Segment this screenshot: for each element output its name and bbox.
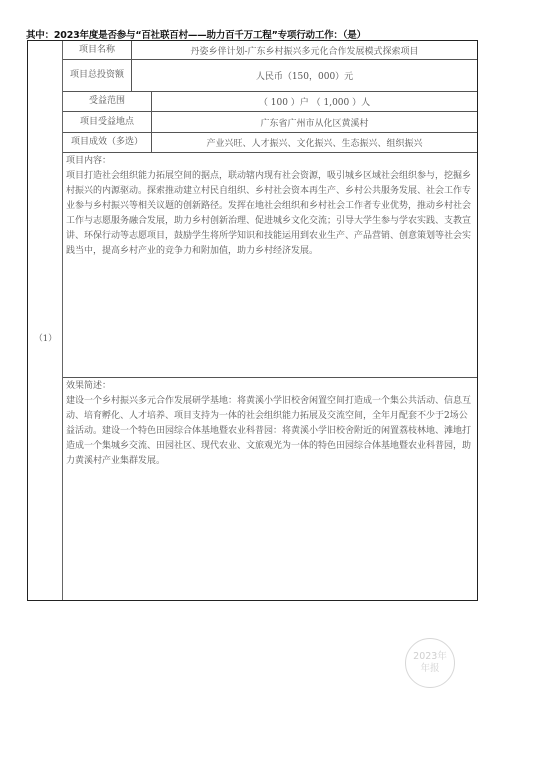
row-project-outcomes: 项目成效（多选） 产业兴旺、人才振兴、文化振兴、生态振兴、组织振兴 [63,133,477,153]
project-content-block: 项目内容： 项目打造社会组织能力拓展空间的据点，联动辖内现有社会资源，吸引城乡区… [63,153,477,378]
effect-text: 建设一个乡村振兴多元合作发展研学基地：将黄溪小学旧校舍闲置空间打造成一个集公共活… [66,394,474,469]
row-project-name: 项目名称 丹姿乡伴计划-广东乡村振兴多元化合作发展模式探索项目 [63,41,477,60]
watermark-label: 年报 [420,663,439,675]
effect-summary-block: 效果简述： 建设一个乡村振兴多元合作发展研学基地：将黄溪小学旧校舍闲置空间打造成… [63,378,477,600]
row-value: 产业兴旺、人才振兴、文化振兴、生态振兴、组织振兴 [152,133,477,152]
index-label: （1） [28,332,63,344]
row-label: 项目成效（多选） [63,133,152,152]
section-heading: 其中：2023年度是否参与“百社联百村——助力百千万工程”专项行动工作：（是） [26,27,366,41]
annual-report-watermark: 2023年 年报 [405,638,455,688]
row-beneficiary-scope: 受益范围 （ 100 ）户 （ 1,000 ）人 [63,92,477,112]
row-value: 丹姿乡伴计划-广东乡村振兴多元化合作发展模式探索项目 [132,41,477,59]
watermark-year: 2023年 [413,651,447,663]
content-text: 项目打造社会组织能力拓展空间的据点，联动辖内现有社会资源，吸引城乡区域社会组织参… [66,169,474,259]
row-label: 项目总投资额 [63,60,132,91]
effect-title: 效果简述： [66,379,474,394]
content-title: 项目内容： [66,154,474,169]
row-label: 项目名称 [63,41,132,59]
row-beneficiary-location: 项目受益地点 广东省广州市从化区黄溪村 [63,112,477,133]
row-total-investment: 项目总投资额 人民币（150，000）元 [63,60,477,92]
row-value: 广东省广州市从化区黄溪村 [152,112,477,132]
row-value: 人民币（150，000）元 [132,60,477,91]
row-label: 项目受益地点 [63,112,152,132]
project-table: （1） 项目名称 丹姿乡伴计划-广东乡村振兴多元化合作发展模式探索项目 项目总投… [27,40,478,601]
index-column: （1） [28,41,63,600]
row-value: （ 100 ）户 （ 1,000 ）人 [152,92,477,111]
row-label: 受益范围 [63,92,152,111]
